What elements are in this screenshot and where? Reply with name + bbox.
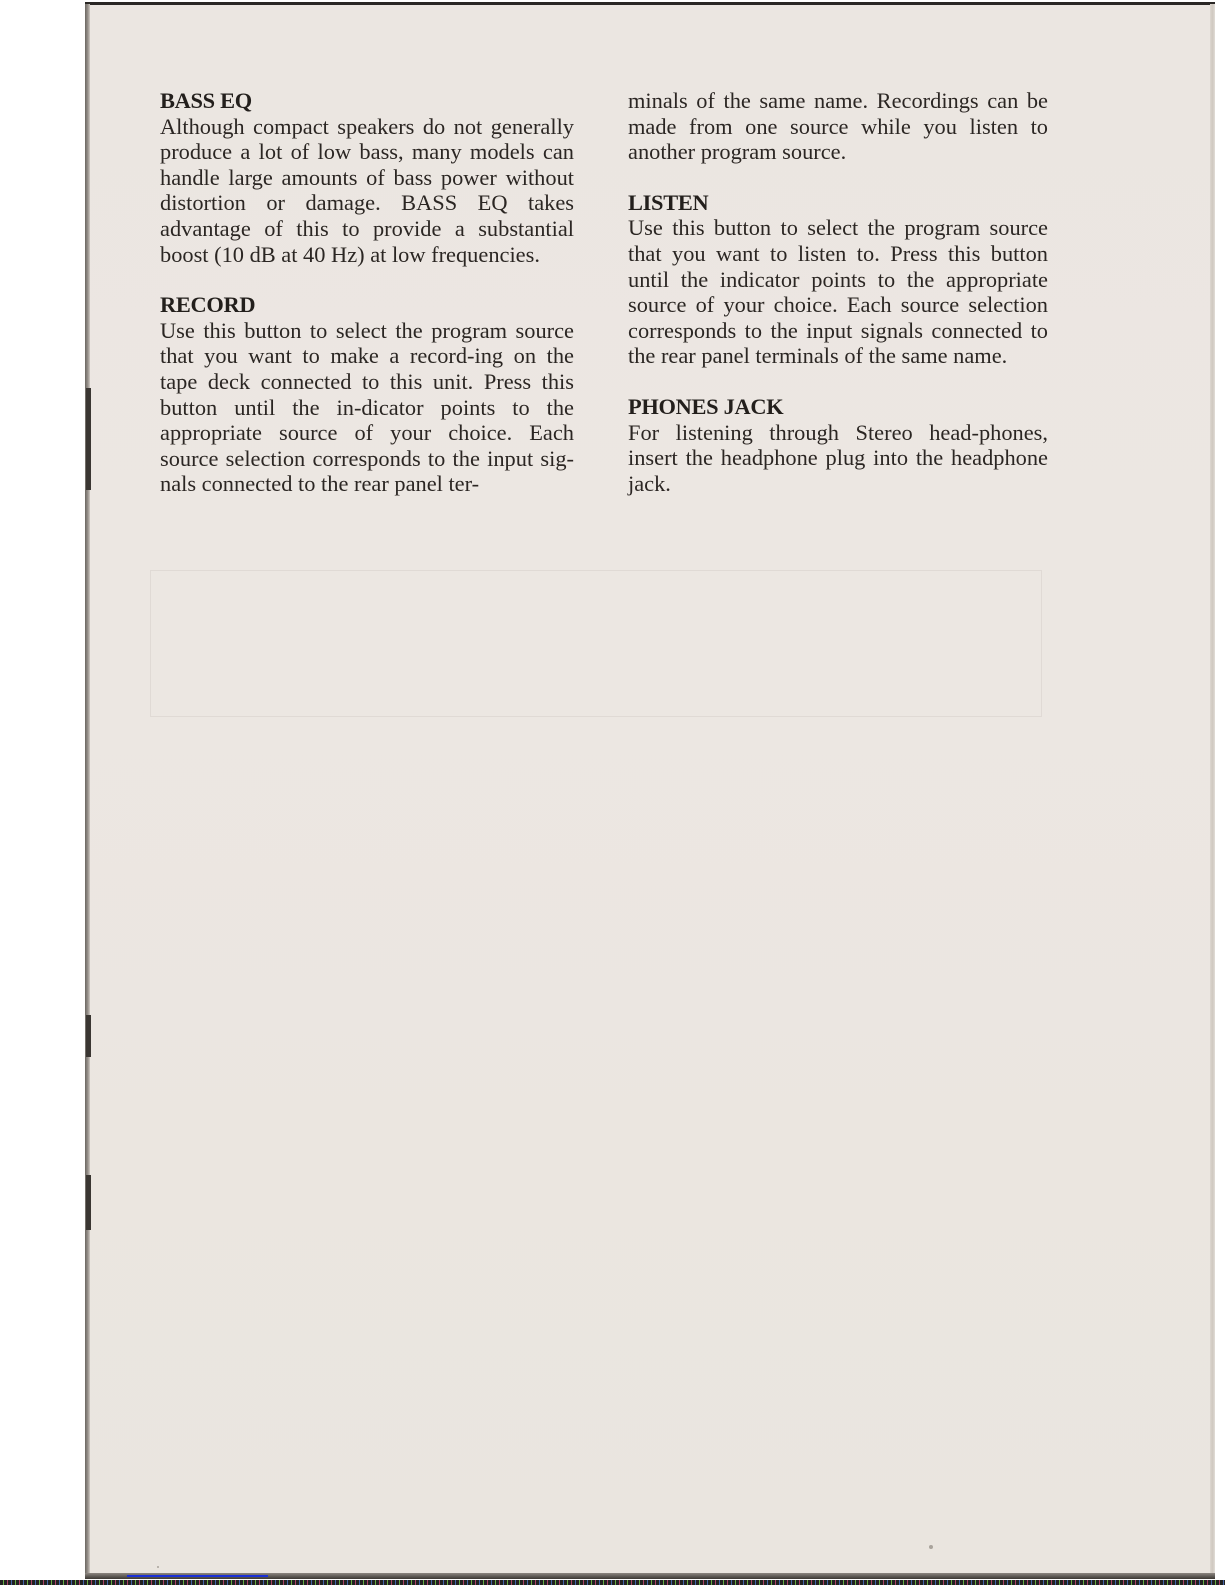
section-body: Although compact speakers do not general… [160, 114, 574, 268]
section-body: Use this button to select the program so… [160, 318, 574, 497]
section-body: minals of the same name. Recordings can … [628, 88, 1048, 165]
binding-mark [86, 435, 91, 490]
section-bass-eq: BASS EQ Although compact speakers do not… [160, 88, 574, 267]
section-heading: LISTEN [628, 190, 1048, 216]
binding-mark [86, 388, 91, 420]
paper-speck [929, 1545, 933, 1549]
section-heading: RECORD [160, 292, 574, 318]
page-top-edge [85, 2, 1215, 5]
section-record: RECORD Use this button to select the pro… [160, 292, 574, 497]
section-heading: PHONES JACK [628, 394, 1048, 420]
binding-mark [86, 1175, 91, 1230]
section-body: Use this button to select the program so… [628, 215, 1048, 369]
scan-artifact-strip [0, 1580, 1225, 1585]
left-column: BASS EQ Although compact speakers do not… [160, 88, 574, 522]
section-listen: LISTEN Use this button to select the pro… [628, 190, 1048, 369]
paper-speck [157, 1566, 159, 1568]
section-record-continued: minals of the same name. Recordings can … [628, 88, 1048, 165]
binding-mark [86, 1015, 91, 1057]
right-column: minals of the same name. Recordings can … [628, 88, 1048, 521]
section-phones-jack: PHONES JACK For listening through Stereo… [628, 394, 1048, 496]
page-right-edge [1210, 4, 1215, 1577]
section-body: For listening through Stereo head-phones… [628, 420, 1048, 497]
binding-edge [85, 4, 90, 1577]
scan-marker-line [127, 1575, 268, 1577]
section-heading: BASS EQ [160, 88, 574, 114]
